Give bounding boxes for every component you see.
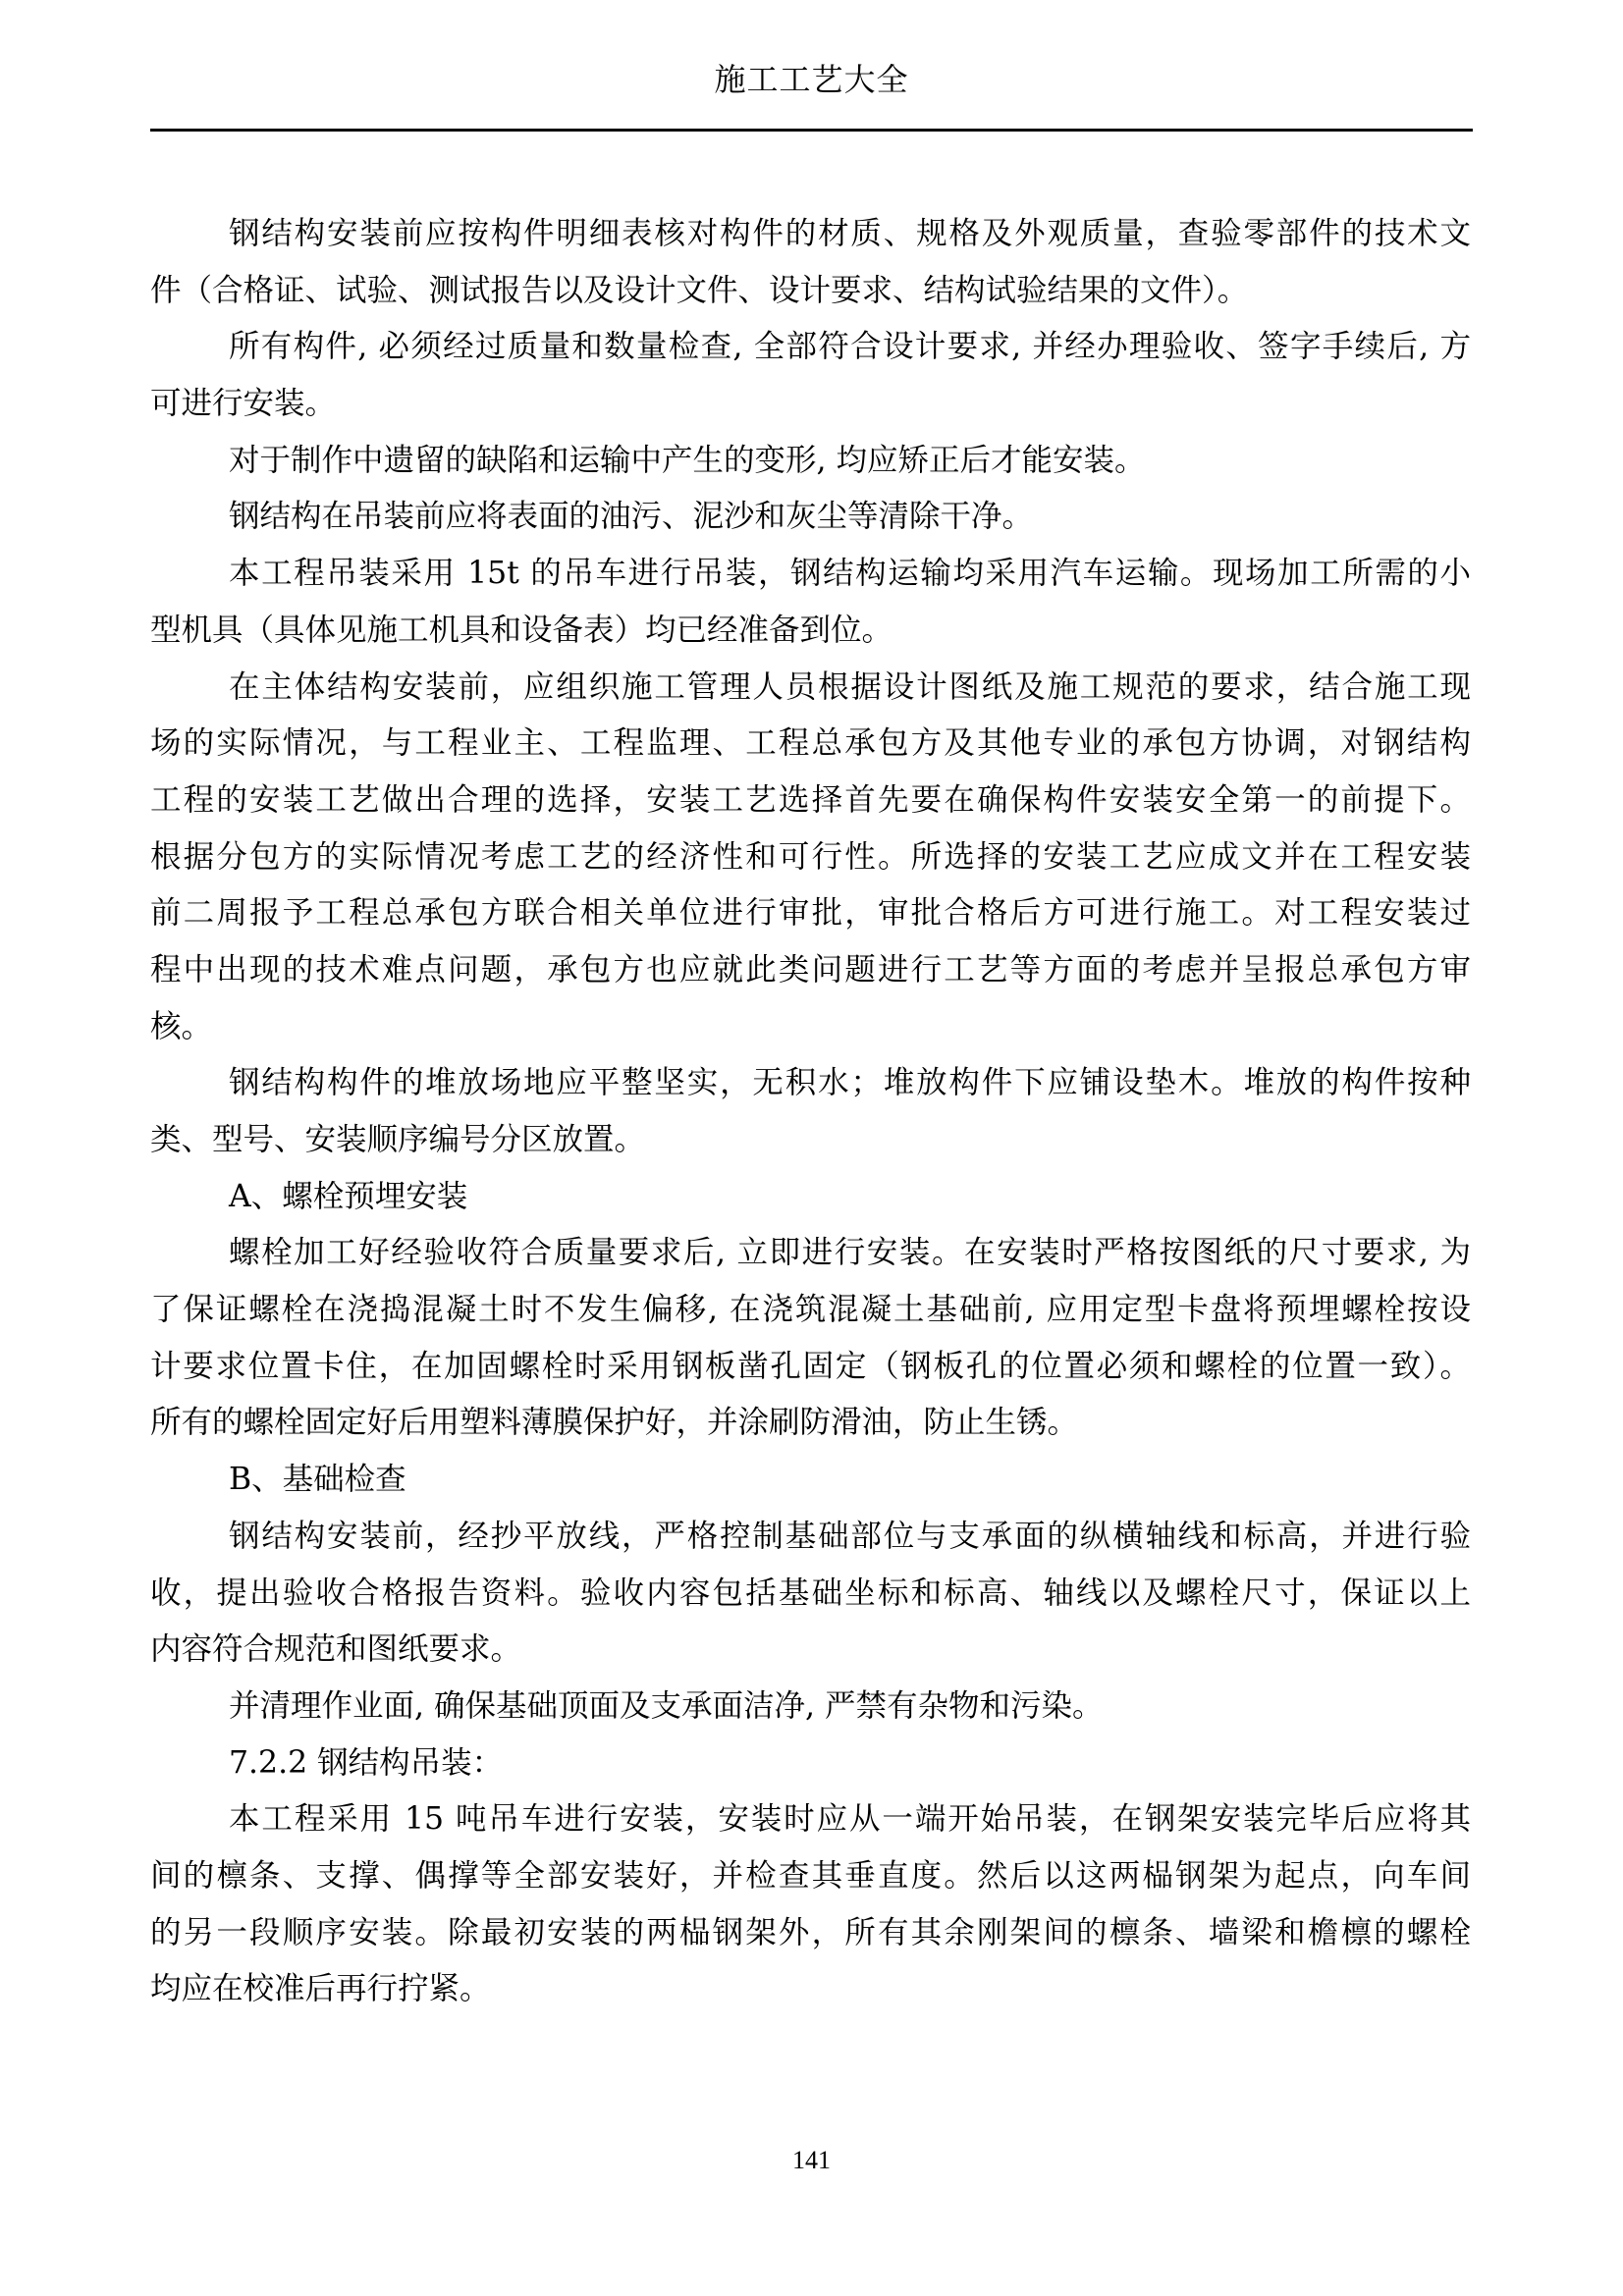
paragraph: 本工程吊装采用 15t 的吊车进行吊装，钢结构运输均采用汽车运输。现场加工所需的… [150,546,1471,659]
paragraph: 在主体结构安装前，应组织施工管理人员根据设计图纸及施工规范的要求，结合施工现场的… [150,660,1471,1056]
paragraph: 对于制作中遗留的缺陷和运输中产生的变形, 均应矫正后才能安装。 [150,433,1471,490]
text-line: 均应在校准后再行拧紧。 [150,1961,1471,2018]
text-line: 收，提出验收合格报告资料。验收内容包括基础坐标和标高、轴线以及螺栓尺寸，保证以上 [150,1566,1471,1623]
text-line: 内容符合规范和图纸要求。 [150,1622,1471,1679]
text-line: 了保证螺栓在浇捣混凝土时不发生偏移, 在浇筑混凝土基础前, 应用定型卡盘将预埋螺… [150,1282,1471,1339]
text-line: 类、型号、安装顺序编号分区放置。 [150,1112,1471,1169]
text-line: 对于制作中遗留的缺陷和运输中产生的变形, 均应矫正后才能安装。 [150,433,1471,490]
text-line: 根据分包方的实际情况考虑工艺的经济性和可行性。所选择的安装工艺应成文并在工程安装 [150,829,1471,886]
text-line: 7.2.2 钢结构吊装： [150,1735,1471,1792]
paragraph: 所有构件, 必须经过质量和数量检查, 全部符合设计要求, 并经办理验收、签字手续… [150,319,1471,432]
text-line: 型机具（具体见施工机具和设备表）均已经准备到位。 [150,603,1471,660]
text-line: 螺栓加工好经验收符合质量要求后, 立即进行安装。在安装时严格按图纸的尺寸要求, … [150,1225,1471,1282]
text-line: 钢结构安装前应按构件明细表核对构件的材质、规格及外观质量，查验零部件的技术文 [150,206,1471,263]
text-line: 可进行安装。 [150,376,1471,433]
text-line: 场的实际情况，与工程业主、工程监理、工程总承包方及其他专业的承包方协调，对钢结构 [150,716,1471,773]
paragraph: 钢结构安装前应按构件明细表核对构件的材质、规格及外观质量，查验零部件的技术文件（… [150,206,1471,319]
page-header: 施工工艺大全 [150,51,1473,130]
text-line: A、螺栓预埋安装 [150,1169,1471,1226]
header-title: 施工工艺大全 [150,55,1473,100]
text-line: 工程的安装工艺做出合理的选择，安装工艺选择首先要在确保构件安装安全第一的前提下。 [150,773,1471,829]
text-line: 的另一段顺序安装。除最初安装的两榀钢架外，所有其余刚架间的檩条、墙梁和檐檩的螺栓 [150,1905,1471,1962]
text-line: 核。 [150,999,1471,1056]
text-line: 程中出现的技术难点问题，承包方也应就此类问题进行工艺等方面的考虑并呈报总承包方审 [150,942,1471,999]
text-line: 前二周报予工程总承包方联合相关单位进行审批，审批合格后方可进行施工。对工程安装过 [150,885,1471,942]
paragraph: 螺栓加工好经验收符合质量要求后, 立即进行安装。在安装时严格按图纸的尺寸要求, … [150,1225,1471,1452]
text-line: 在主体结构安装前，应组织施工管理人员根据设计图纸及施工规范的要求，结合施工现 [150,660,1471,717]
section-heading: 7.2.2 钢结构吊装： [150,1735,1471,1792]
paragraph: 本工程采用 15 吨吊车进行安装，安装时应从一端开始吊装，在钢架安装完毕后应将其… [150,1791,1471,2018]
text-line: 所有的螺栓固定好后用塑料薄膜保护好，并涂刷防滑油，防止生锈。 [150,1395,1471,1452]
text-line: 本工程采用 15 吨吊车进行安装，安装时应从一端开始吊装，在钢架安装完毕后应将其 [150,1791,1471,1848]
text-line: 钢结构在吊装前应将表面的油污、泥沙和灰尘等清除干净。 [150,489,1471,546]
paragraph: 钢结构构件的堆放场地应平整坚实，无积水；堆放构件下应铺设垫木。堆放的构件按种类、… [150,1055,1471,1168]
section-heading: A、螺栓预埋安装 [150,1169,1471,1226]
text-line: 所有构件, 必须经过质量和数量检查, 全部符合设计要求, 并经办理验收、签字手续… [150,319,1471,376]
text-line: 本工程吊装采用 15t 的吊车进行吊装，钢结构运输均采用汽车运输。现场加工所需的… [150,546,1471,603]
text-line: 钢结构安装前，经抄平放线，严格控制基础部位与支承面的纵横轴线和标高，并进行验 [150,1509,1471,1566]
text-line: 钢结构构件的堆放场地应平整坚实，无积水；堆放构件下应铺设垫木。堆放的构件按种 [150,1055,1471,1112]
text-line: 件（合格证、试验、测试报告以及设计文件、设计要求、结构试验结果的文件）。 [150,263,1471,320]
text-line: B、基础检查 [150,1452,1471,1509]
document-body: 钢结构安装前应按构件明细表核对构件的材质、规格及外观质量，查验零部件的技术文件（… [150,206,1471,2018]
header-rule [150,129,1473,132]
text-line: 间的檩条、支撑、偶撑等全部安装好，并检查其垂直度。然后以这两榀钢架为起点，向车间 [150,1848,1471,1905]
paragraph: 钢结构安装前，经抄平放线，严格控制基础部位与支承面的纵横轴线和标高，并进行验收，… [150,1509,1471,1679]
paragraph: 并清理作业面, 确保基础顶面及支承面洁净, 严禁有杂物和污染。 [150,1679,1471,1735]
text-line: 计要求位置卡住，在加固螺栓时采用钢板凿孔固定（钢板孔的位置必须和螺栓的位置一致）… [150,1339,1471,1396]
paragraph: 钢结构在吊装前应将表面的油污、泥沙和灰尘等清除干净。 [150,489,1471,546]
text-line: 并清理作业面, 确保基础顶面及支承面洁净, 严禁有杂物和污染。 [150,1679,1471,1735]
section-heading: B、基础检查 [150,1452,1471,1509]
page-number: 141 [0,2146,1623,2175]
